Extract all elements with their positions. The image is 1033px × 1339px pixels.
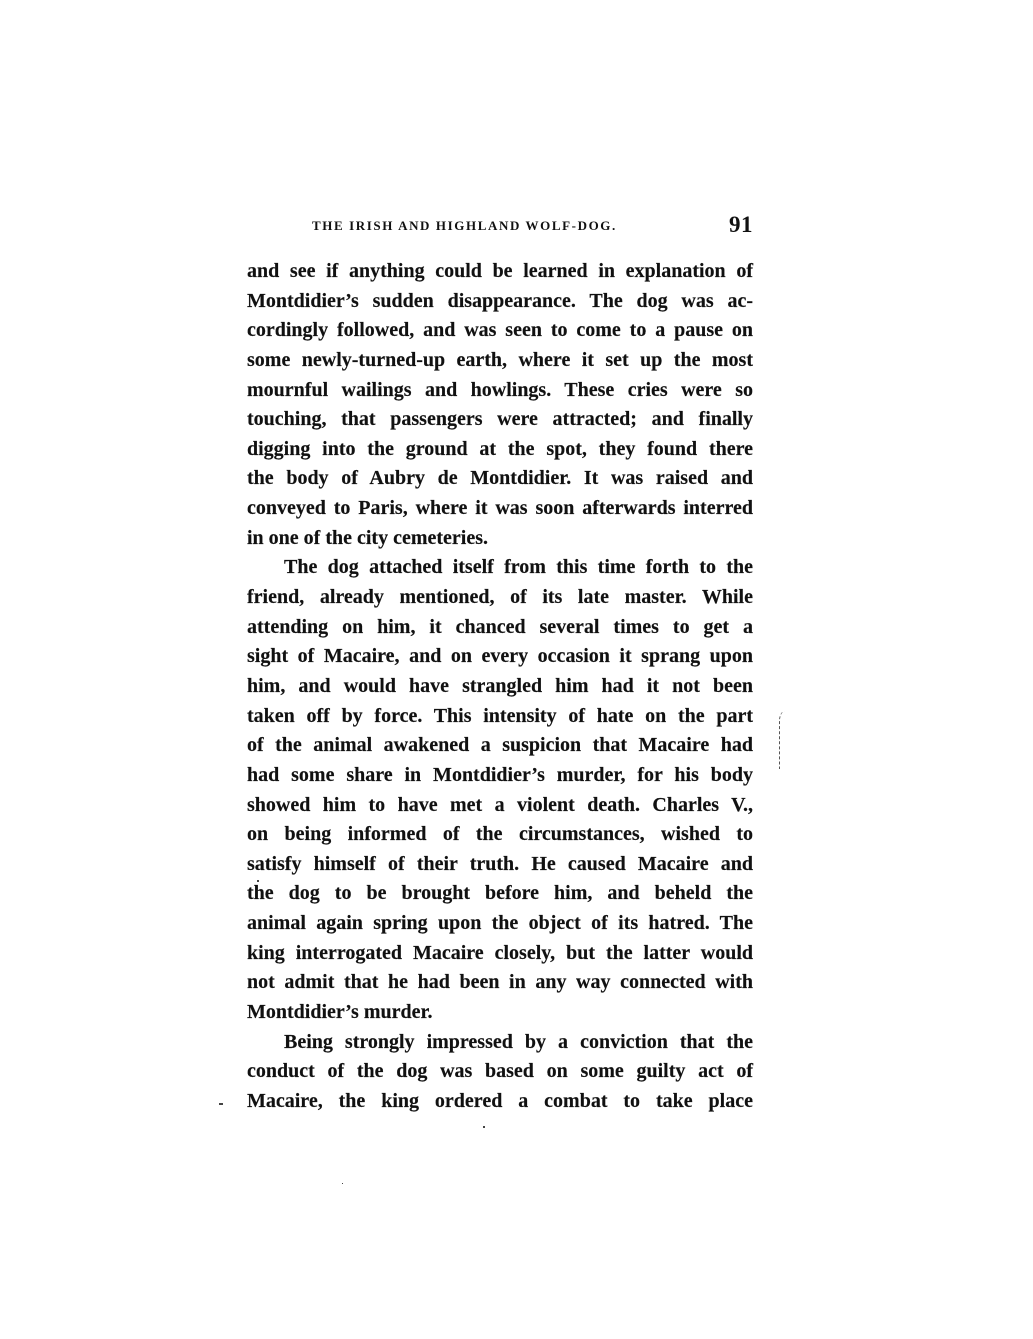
page-number: 91 [729,212,753,238]
text-line: Montdidier’s murder. [247,998,753,1028]
text-line: showed him to have met a violent death. … [247,791,753,821]
text-line: him, and would have strangled him had it… [247,672,753,702]
text-line: animal again spring upon the object of i… [247,909,753,939]
paragraph-1: and see if anything could be learned in … [247,257,753,553]
text-line: conveyed to Paris, where it was soon aft… [247,494,753,524]
text-line: some newly-turned-up earth, where it set… [247,346,753,376]
scan-speck [342,1183,343,1184]
text-line: in one of the city cemeteries. [247,524,753,554]
scan-speck [483,1126,485,1128]
text-line: the body of Aubry de Montdidier. It was … [247,464,753,494]
scan-speck [219,1103,223,1105]
text-line: digging into the ground at the spot, the… [247,435,753,465]
paragraph-2: The dog attached itself from this time f… [247,553,753,1027]
text-line: satisfy himself of their truth. He cause… [247,850,753,880]
text-line: Being strongly impressed by a conviction… [247,1028,753,1058]
text-line: attending on him, it chanced several tim… [247,613,753,643]
book-page: THE IRISH AND HIGHLAND WOLF-DOG. 91 and … [0,0,1033,1339]
text-line: of the animal awakened a suspicion that … [247,731,753,761]
text-line: had some share in Montdidier’s murder, f… [247,761,753,791]
running-title: THE IRISH AND HIGHLAND WOLF-DOG. [312,218,617,234]
text-line: touching, that passengers were attracted… [247,405,753,435]
running-head: THE IRISH AND HIGHLAND WOLF-DOG. 91 [247,212,753,240]
paragraph-3: Being strongly impressed by a conviction… [247,1028,753,1117]
text-line: mournful wailings and howlings. These cr… [247,376,753,406]
scan-speck [257,880,259,882]
text-line: the dog to be brought before him, and be… [247,879,753,909]
scan-margin-mark [779,711,786,769]
text-line: friend, already mentioned, of its late m… [247,583,753,613]
text-line: king interrogated Macaire closely, but t… [247,939,753,969]
text-line: not admit that he had been in any way co… [247,968,753,998]
body-text: and see if anything could be learned in … [247,257,753,1117]
text-line: sight of Macaire, and on every occasion … [247,642,753,672]
text-line: on being informed of the circumstances, … [247,820,753,850]
text-line: and see if anything could be learned in … [247,257,753,287]
text-line: conduct of the dog was based on some gui… [247,1057,753,1087]
text-line: Montdidier’s sudden disappearance. The d… [247,287,753,317]
text-line: Macaire, the king ordered a combat to ta… [247,1087,753,1117]
text-line: taken off by force. This intensity of ha… [247,702,753,732]
text-line: The dog attached itself from this time f… [247,553,753,583]
text-line: cordingly followed, and was seen to come… [247,316,753,346]
